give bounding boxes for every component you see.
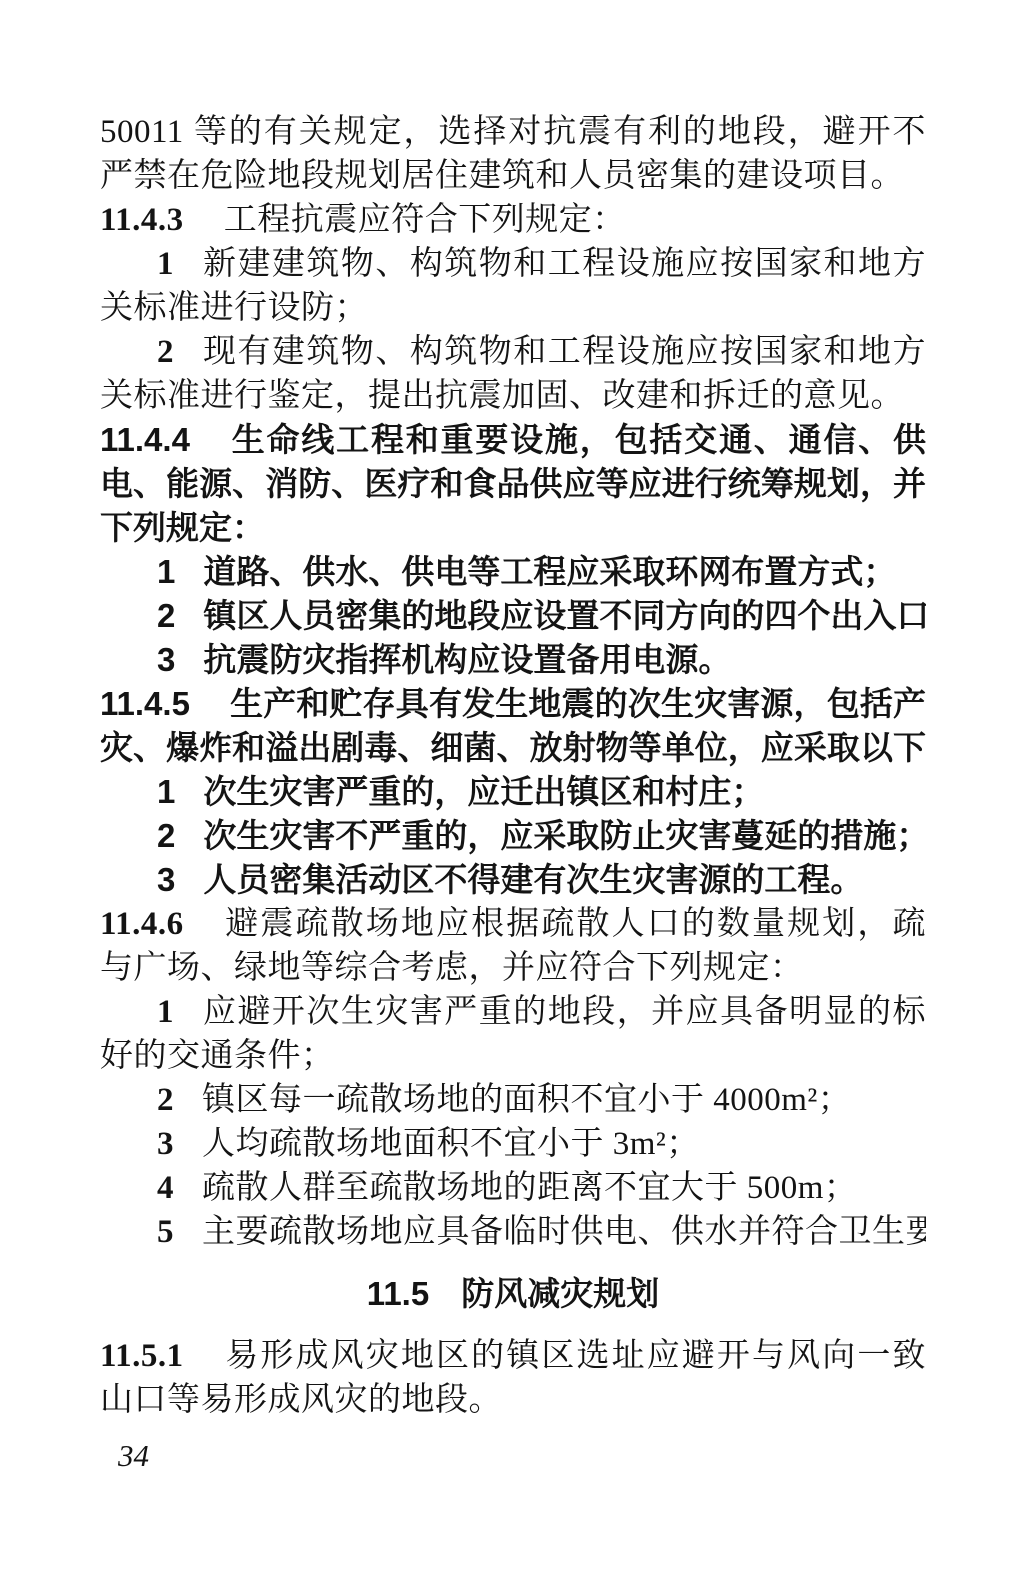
line-text: 应避开次生灾害严重的地段，并应具备明显的标志和良	[157, 994, 926, 1034]
item-number: 1	[157, 553, 175, 590]
clause-number: 11.5.1	[100, 1338, 184, 1374]
line-text: 山口等易形成风灾的地段。	[100, 1382, 502, 1418]
line-text: 关标准进行鉴定，提出抗震加固、改建和拆迁的意见。	[100, 378, 904, 414]
body-line: 与广场、绿地等综合考虑，并应符合下列规定：	[100, 946, 926, 990]
item-number: 3	[157, 641, 175, 678]
line-text: 抗震防灾指挥机构应设置备用电源。	[203, 641, 731, 678]
page-content: 50011 等的有关规定，选择对抗震有利的地段，避开不利地段， 严禁在危险地段规…	[100, 110, 926, 1478]
item-number: 2	[157, 597, 175, 634]
item-number: 2	[157, 817, 175, 854]
clause-number: 11.4.4	[100, 421, 190, 458]
item-number: 2	[157, 1082, 174, 1118]
line-text: 镇区每一疏散场地的面积不宜小于 4000m²；	[202, 1082, 851, 1118]
clause-number: 11.4.5	[100, 685, 190, 722]
item-number: 2	[157, 334, 174, 370]
clause-11-4-4: 11.4.4生命线工程和重要设施，包括交通、通信、供水、供	[100, 418, 926, 462]
line-text: 电、能源、消防、医疗和食品供应等应进行统筹规划，并应符合	[100, 465, 926, 506]
section-title: 防风减灾规划	[461, 1275, 659, 1312]
line-text: 好的交通条件；	[100, 1038, 335, 1074]
line-text: 镇区人员密集的地段应设置不同方向的四个出入口；	[203, 597, 926, 634]
line-text: 现有建筑物、构筑物和工程设施应按国家和地方现行有	[157, 334, 926, 374]
item-number: 4	[157, 1170, 174, 1206]
body-line: 好的交通条件；	[100, 1034, 926, 1078]
line-text: 灾、爆炸和溢出剧毒、细菌、放射物等单位，应采取以下措施：	[100, 729, 926, 770]
list-item: 4疏散人群至疏散场地的距离不宜大于 500m；	[100, 1166, 926, 1210]
list-item: 2次生灾害不严重的，应采取防止灾害蔓延的措施；	[100, 814, 926, 858]
line-text: 新建建筑物、构筑物和工程设施应按国家和地方现行有	[157, 246, 926, 286]
line-text: 50011 等的有关规定，选择对抗震有利的地段，避开不利地段，	[100, 114, 926, 154]
line-text: 工程抗震应符合下列规定：	[224, 202, 626, 238]
line-text: 与广场、绿地等综合考虑，并应符合下列规定：	[100, 950, 804, 986]
item-number: 3	[157, 1126, 174, 1162]
clause-11-5-1: 11.5.1易形成风灾地区的镇区选址应避开与风向一致的谷口、	[100, 1334, 926, 1378]
list-item: 1道路、供水、供电等工程应采取环网布置方式；	[100, 550, 926, 594]
list-item: 1次生灾害严重的，应迁出镇区和村庄；	[100, 770, 926, 814]
item-number: 1	[157, 994, 174, 1030]
line-text: 道路、供水、供电等工程应采取环网布置方式；	[203, 553, 896, 590]
list-item: 2镇区每一疏散场地的面积不宜小于 4000m²；	[100, 1078, 926, 1122]
line-text: 人均疏散场地面积不宜小于 3m²；	[202, 1126, 700, 1162]
item-number: 1	[157, 773, 175, 810]
line-text: 疏散人群至疏散场地的距离不宜大于 500m；	[202, 1170, 857, 1206]
line-text: 次生灾害严重的，应迁出镇区和村庄；	[203, 773, 764, 810]
list-item: 3人均疏散场地面积不宜小于 3m²；	[100, 1122, 926, 1166]
body-line: 关标准进行设防；	[100, 286, 926, 330]
clause-11-4-5: 11.4.5生产和贮存具有发生地震的次生灾害源，包括产生火	[100, 682, 926, 726]
item-number: 1	[157, 246, 174, 282]
section-heading: 11.5防风减灾规划	[100, 1272, 926, 1316]
list-item: 2镇区人员密集的地段应设置不同方向的四个出入口；	[100, 594, 926, 638]
clause-11-4-3: 11.4.3工程抗震应符合下列规定：	[100, 198, 926, 242]
body-line: 下列规定：	[100, 506, 926, 550]
list-item: 5主要疏散场地应具备临时供电、供水并符合卫生要求。	[100, 1210, 926, 1254]
list-item: 2现有建筑物、构筑物和工程设施应按国家和地方现行有	[100, 330, 926, 374]
body-line: 关标准进行鉴定，提出抗震加固、改建和拆迁的意见。	[100, 374, 926, 418]
clause-number: 11.4.6	[100, 906, 184, 942]
body-line: 电、能源、消防、医疗和食品供应等应进行统筹规划，并应符合	[100, 462, 926, 506]
line-text: 次生灾害不严重的，应采取防止灾害蔓延的措施；	[203, 817, 926, 854]
clause-11-4-6: 11.4.6避震疏散场地应根据疏散人口的数量规划，疏散场地应	[100, 902, 926, 946]
list-item: 1新建建筑物、构筑物和工程设施应按国家和地方现行有	[100, 242, 926, 286]
line-text: 主要疏散场地应具备临时供电、供水并符合卫生要求。	[202, 1214, 926, 1250]
page-number: 34	[100, 1434, 926, 1478]
body-line: 50011 等的有关规定，选择对抗震有利的地段，避开不利地段，	[100, 110, 926, 154]
item-number: 5	[157, 1214, 174, 1250]
line-text: 生产和贮存具有发生地震的次生灾害源，包括产生火	[100, 685, 926, 726]
line-text: 下列规定：	[100, 509, 265, 546]
list-item: 1应避开次生灾害严重的地段，并应具备明显的标志和良	[100, 990, 926, 1034]
line-text: 严禁在危险地段规划居住建筑和人员密集的建设项目。	[100, 158, 904, 194]
list-item: 3人员密集活动区不得建有次生灾害源的工程。	[100, 858, 926, 902]
line-text: 人员密集活动区不得建有次生灾害源的工程。	[203, 861, 863, 898]
line-text: 生命线工程和重要设施，包括交通、通信、供水、供	[100, 421, 926, 462]
line-text: 避震疏散场地应根据疏散人口的数量规划，疏散场地应	[100, 906, 926, 946]
list-item: 3抗震防灾指挥机构应设置备用电源。	[100, 638, 926, 682]
line-text: 易形成风灾地区的镇区选址应避开与风向一致的谷口、	[100, 1338, 926, 1378]
body-line: 严禁在危险地段规划居住建筑和人员密集的建设项目。	[100, 154, 926, 198]
item-number: 3	[157, 861, 175, 898]
line-text: 关标准进行设防；	[100, 290, 368, 326]
body-line: 山口等易形成风灾的地段。	[100, 1378, 926, 1422]
section-number: 11.5	[367, 1275, 429, 1312]
clause-number: 11.4.3	[100, 202, 184, 238]
body-line: 灾、爆炸和溢出剧毒、细菌、放射物等单位，应采取以下措施：	[100, 726, 926, 770]
